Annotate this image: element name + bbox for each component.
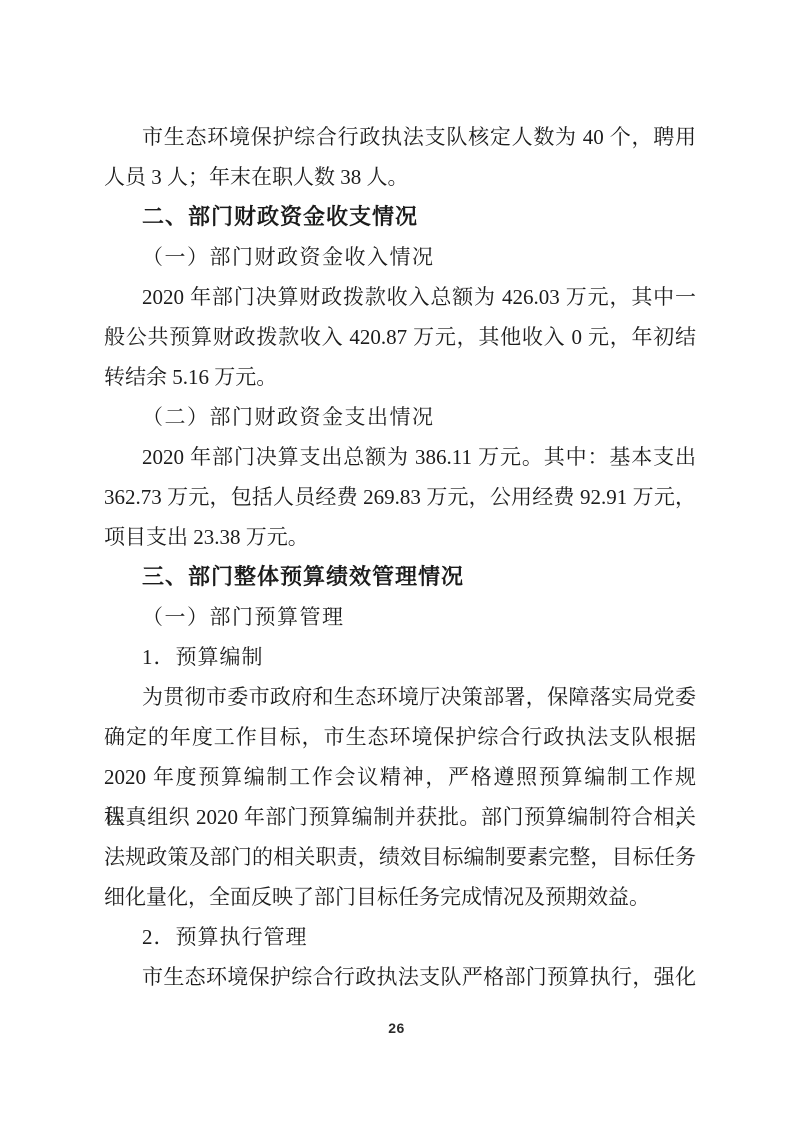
paragraph-line: 2020 年部门决算财政拨款收入总额为 426.03 万元，其中一 [104,277,696,317]
paragraph-line: 2020 年度预算编制工作会议精神，严格遵照预算编制工作规程， [104,757,696,797]
paragraph-line: 细化量化，全面反映了部门目标任务完成情况及预期效益。 [104,877,696,917]
document-page: 市生态环境保护综合行政执法支队核定人数为 40 个，聘用 人员 3 人；年末在职… [0,0,793,1122]
paragraph-line: 认真组织 2020 年部门预算编制并获批。部门预算编制符合相关 [104,797,696,837]
paragraph-line: 人员 3 人；年末在职人数 38 人。 [104,157,696,197]
page-number: 26 [388,1020,405,1036]
page-footer: 26 [0,1020,793,1038]
sub-heading: （一）部门财政资金收入情况 [104,237,696,277]
paragraph-line: 362.73 万元，包括人员经费 269.83 万元，公用经费 92.91 万元… [104,477,696,517]
paragraph-line: 为贯彻市委市政府和生态环境厅决策部署，保障落实局党委 [104,677,696,717]
paragraph-line: 确定的年度工作目标，市生态环境保护综合行政执法支队根据 [104,717,696,757]
paragraph-line: 转结余 5.16 万元。 [104,357,696,397]
document-body: 市生态环境保护综合行政执法支队核定人数为 40 个，聘用 人员 3 人；年末在职… [104,117,696,997]
paragraph-line: 般公共预算财政拨款收入 420.87 万元，其他收入 0 元，年初结 [104,317,696,357]
sub-heading: （二）部门财政资金支出情况 [104,397,696,437]
paragraph-line: 市生态环境保护综合行政执法支队核定人数为 40 个，聘用 [104,117,696,157]
section-heading: 二、部门财政资金收支情况 [104,197,696,237]
paragraph-line: 法规政策及部门的相关职责，绩效目标编制要素完整，目标任务 [104,837,696,877]
numbered-item-heading: 1．预算编制 [104,637,696,677]
numbered-item-heading: 2．预算执行管理 [104,917,696,957]
paragraph-line: 项目支出 23.38 万元。 [104,517,696,557]
section-heading: 三、部门整体预算绩效管理情况 [104,557,696,597]
paragraph-line: 2020 年部门决算支出总额为 386.11 万元。其中：基本支出 [104,437,696,477]
sub-heading: （一）部门预算管理 [104,597,696,637]
paragraph-line: 市生态环境保护综合行政执法支队严格部门预算执行，强化 [104,957,696,997]
